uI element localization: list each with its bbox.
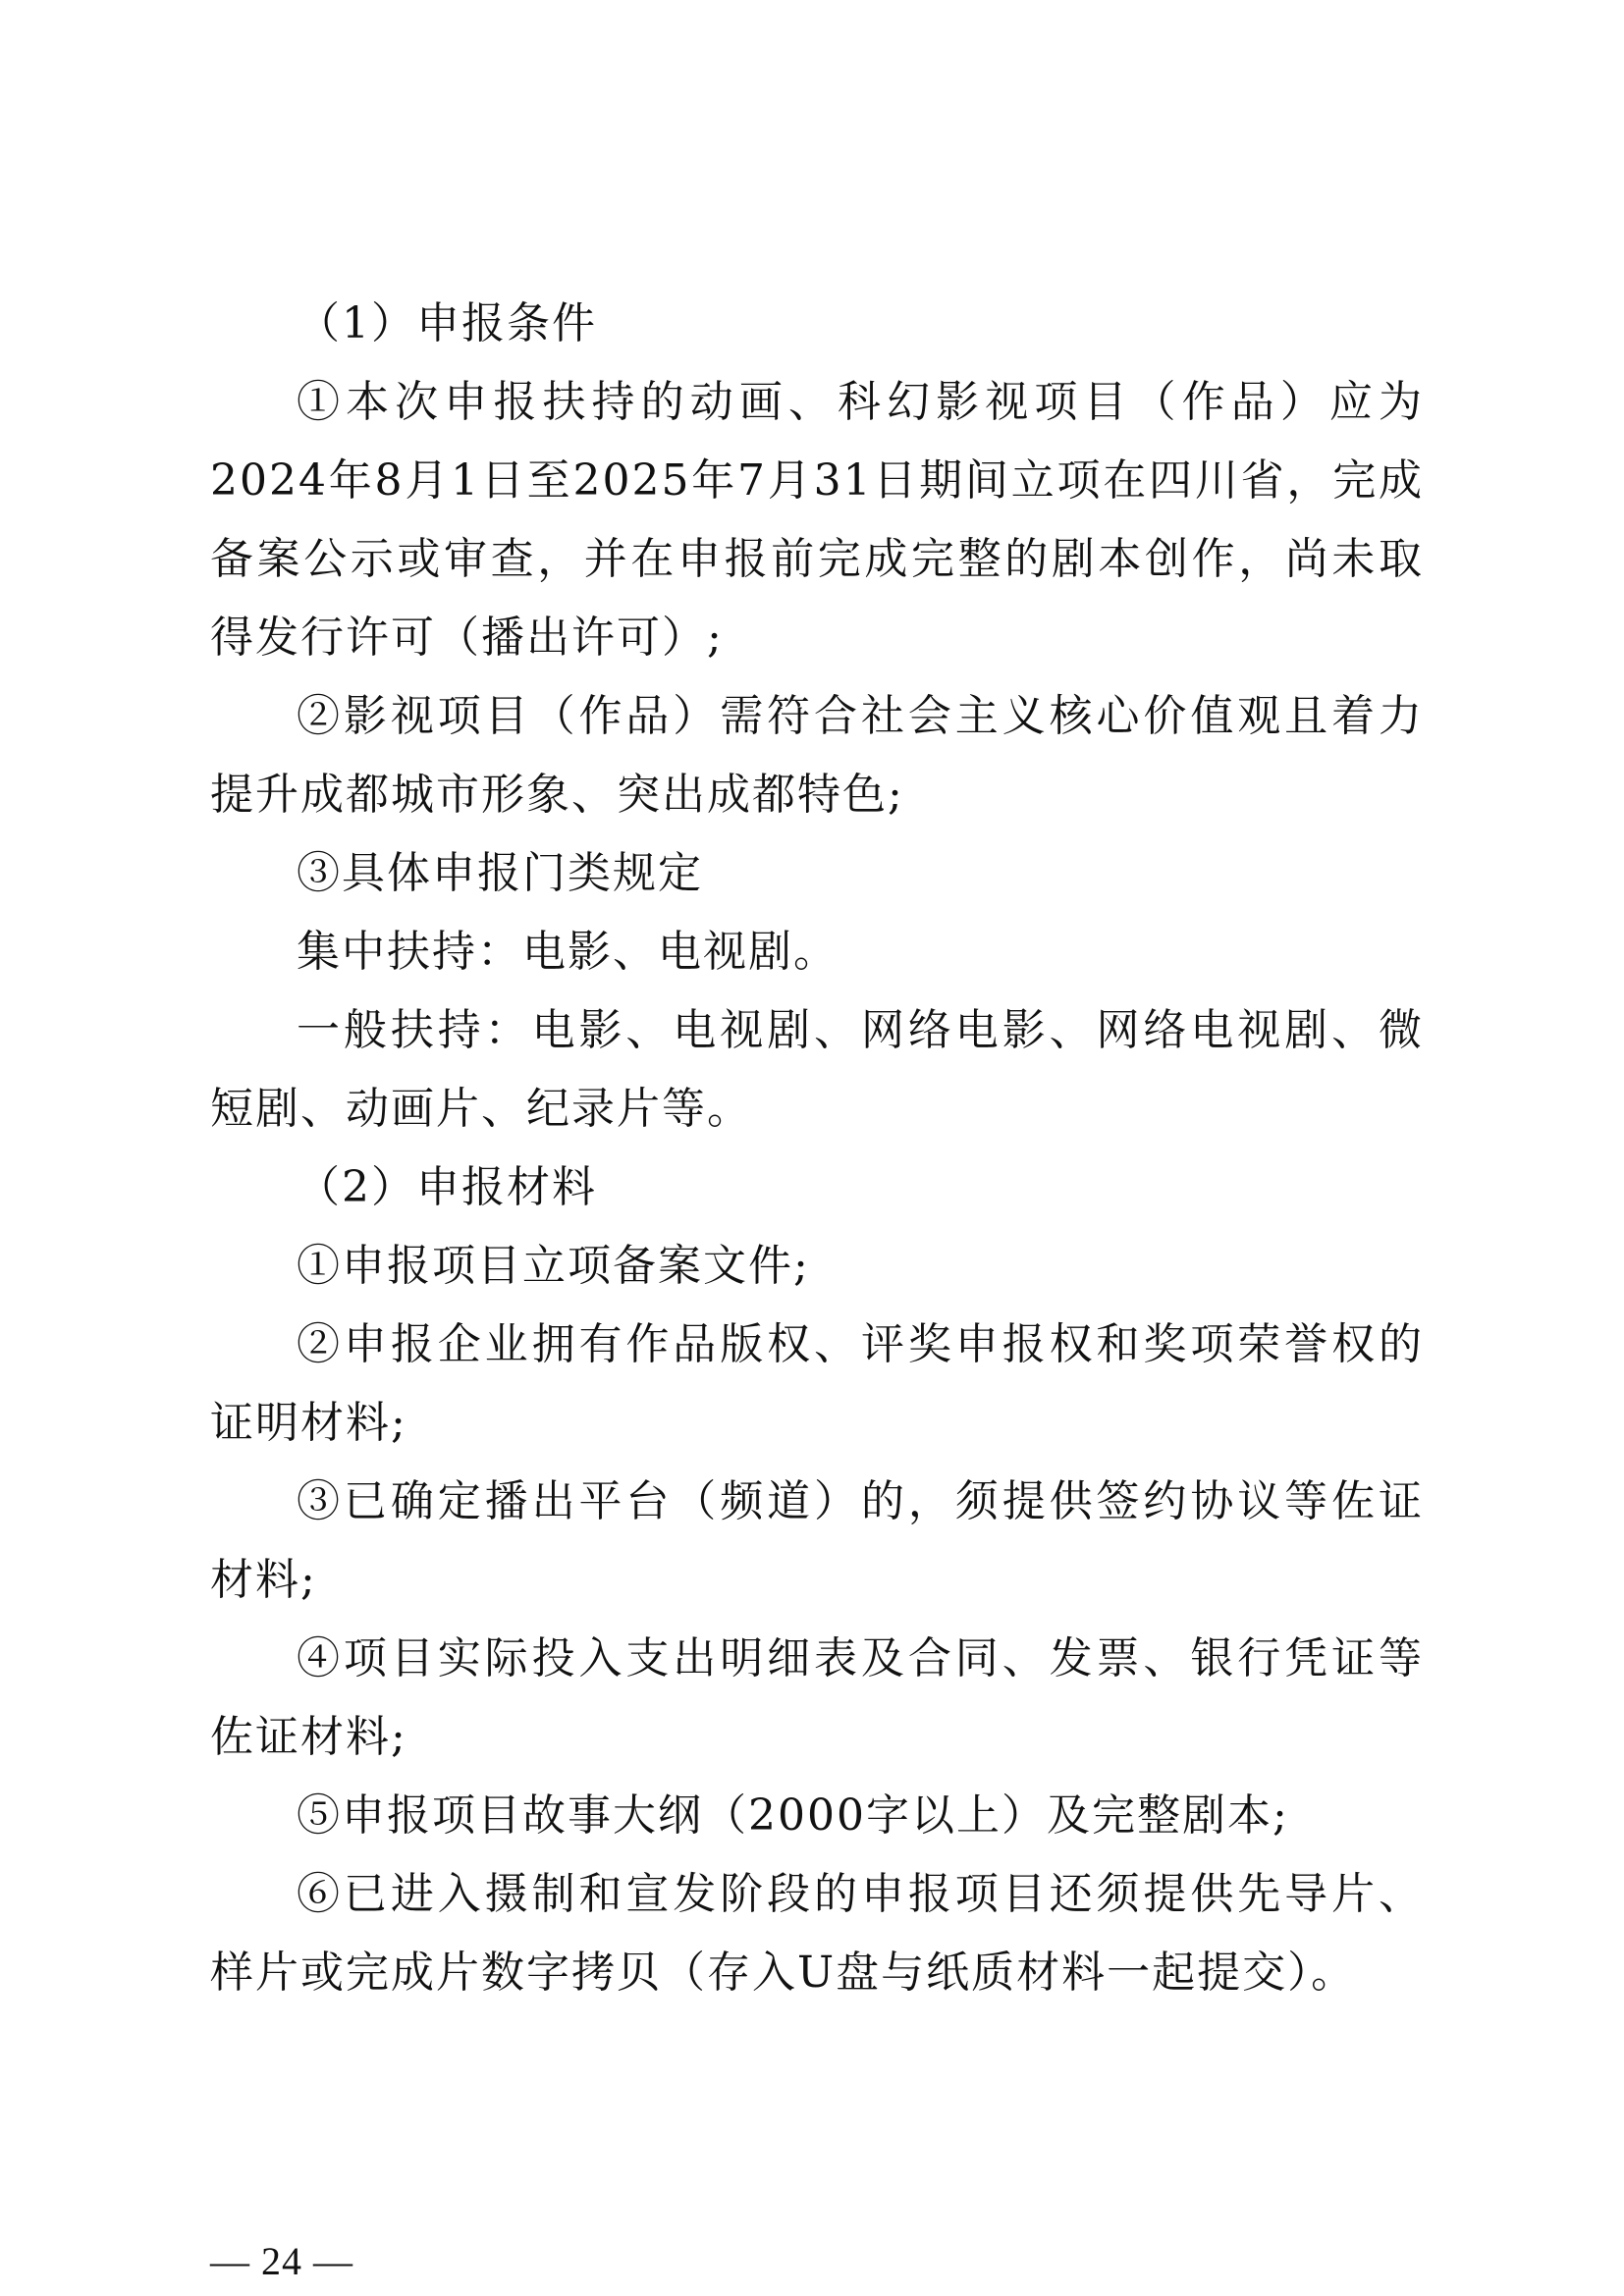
section-heading-conditions: （1）申报条件 xyxy=(210,285,1424,363)
condition-item-3: ③具体申报门类规定 xyxy=(210,834,1424,913)
general-support-categories: 一般扶持：电影、电视剧、网络电影、网络电视剧、微短剧、动画片、纪录片等。 xyxy=(210,991,1424,1148)
page-number: — 24 — xyxy=(210,2238,353,2284)
condition-item-2: ②影视项目（作品）需符合社会主义核心价值观且着力提升成都城市形象、突出成都特色; xyxy=(210,677,1424,834)
material-item-5: ⑤申报项目故事大纲（2000字以上）及完整剧本; xyxy=(210,1777,1424,1855)
material-item-2: ②申报企业拥有作品版权、评奖申报权和奖项荣誉权的证明材料; xyxy=(210,1306,1424,1463)
document-page: （1）申报条件 ①本次申报扶持的动画、科幻影视项目（作品）应为2024年8月1日… xyxy=(0,0,1624,2296)
section-heading-materials: （2）申报材料 xyxy=(210,1148,1424,1227)
material-item-3: ③已确定播出平台（频道）的，须提供签约协议等佐证材料; xyxy=(210,1463,1424,1620)
material-item-6: ⑥已进入摄制和宣发阶段的申报项目还须提供先导片、样片或完成片数字拷贝（存入U盘与… xyxy=(210,1855,1424,2012)
material-item-1: ①申报项目立项备案文件; xyxy=(210,1227,1424,1306)
focus-support-categories: 集中扶持：电影、电视剧。 xyxy=(210,913,1424,991)
condition-item-1: ①本次申报扶持的动画、科幻影视项目（作品）应为2024年8月1日至2025年7月… xyxy=(210,363,1424,677)
document-body: （1）申报条件 ①本次申报扶持的动画、科幻影视项目（作品）应为2024年8月1日… xyxy=(210,285,1424,2012)
material-item-4: ④项目实际投入支出明细表及合同、发票、银行凭证等佐证材料; xyxy=(210,1620,1424,1777)
